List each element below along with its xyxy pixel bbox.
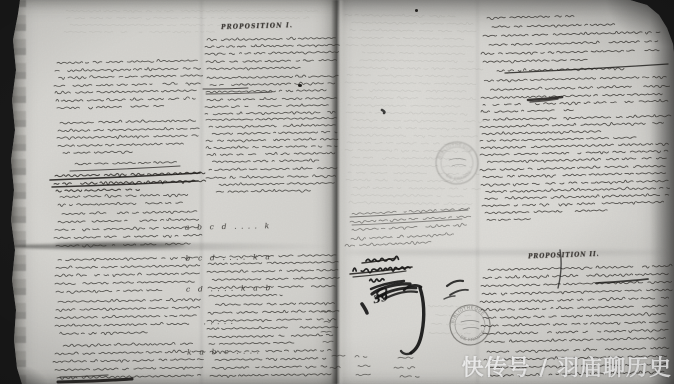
permutation-table-row: k a b c . . . . bbox=[187, 347, 273, 359]
permutation-table-row: a b c d . . . . k bbox=[185, 221, 271, 233]
permutation-table-row: b c d . . . . k a bbox=[185, 252, 271, 264]
left-page bbox=[6, 0, 337, 384]
right-page bbox=[337, 0, 674, 384]
permutation-table: a b c d . . . . k b c d . . . . k a c d … bbox=[184, 200, 272, 379]
permutation-table-row: . . . . . bbox=[187, 318, 272, 327]
ink-blot bbox=[415, 9, 418, 12]
ink-blot bbox=[298, 84, 302, 87]
permutation-table-row: c d . . . . k a b bbox=[186, 284, 272, 296]
manuscript-photo: BIBLIOTHÈQUE DE FRANCE BIBLIOTHÈQUE DE F… bbox=[0, 0, 674, 384]
page-seam bbox=[331, 0, 344, 384]
watermark-text: 快传号 / 羽庙聊历史 bbox=[462, 351, 672, 382]
